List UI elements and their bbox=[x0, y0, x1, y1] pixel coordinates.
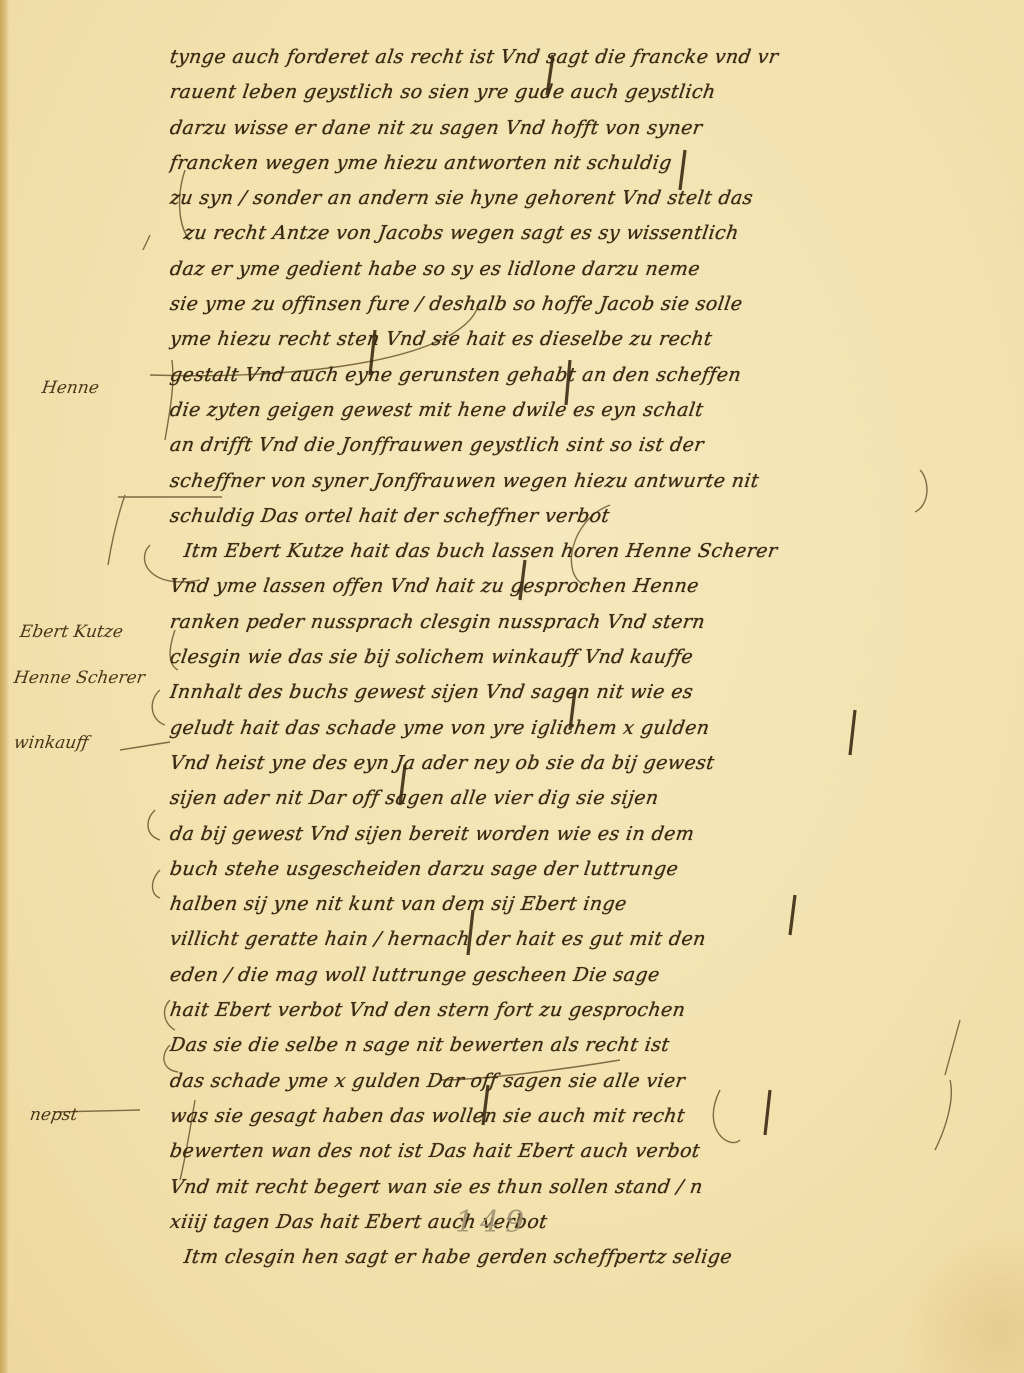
text-line: buch stehe usgescheiden darzu sage der l… bbox=[168, 852, 1003, 887]
text-line: eden / die mag woll luttrunge gescheen D… bbox=[168, 958, 1003, 993]
text-line: geludt hait das schade yme von yre iglic… bbox=[168, 711, 1003, 746]
text-line: sie yme zu offinsen fure / deshalb so ho… bbox=[168, 287, 1003, 322]
folio-number: 149 bbox=[455, 1205, 530, 1240]
text-line: schuldig Das ortel hait der scheffner ve… bbox=[168, 499, 1003, 534]
manuscript-page: tynge auch forderet als recht ist Vnd sa… bbox=[0, 0, 1024, 1373]
text-line: zu syn / sonder an andern sie hyne gehor… bbox=[168, 181, 1003, 216]
text-line: gestalt Vnd auch eyne gerunsten gehabt a… bbox=[168, 358, 1003, 393]
margin-note-ebert-kutze: Ebert Kutze bbox=[19, 622, 125, 642]
text-line: tynge auch forderet als recht ist Vnd sa… bbox=[168, 40, 1003, 75]
margin-note-nepst: nepst bbox=[29, 1105, 79, 1125]
text-line: darzu wisse er dane nit zu sagen Vnd hof… bbox=[168, 111, 1003, 146]
margin-note-henne-scherer: Henne Scherer bbox=[13, 668, 147, 688]
text-line: villicht geratte hain / hernach der hait… bbox=[168, 922, 1003, 957]
text-line: Das sie die selbe n sage nit bewerten al… bbox=[168, 1028, 1003, 1063]
text-line: sijen ader nit Dar off sagen alle vier d… bbox=[168, 781, 1003, 816]
text-line: daz er yme gedient habe so sy es lidlone… bbox=[168, 252, 1003, 287]
text-line: an drifft Vnd die Jonffrauwen geystlich … bbox=[168, 428, 1003, 463]
margin-note-henne: Henne bbox=[41, 378, 101, 398]
text-line: rauent leben geystlich so sien yre gude … bbox=[168, 75, 1003, 110]
text-line: die zyten geigen gewest mit hene dwile e… bbox=[168, 393, 1003, 428]
text-line: Itm clesgin hen sagt er habe gerden sche… bbox=[168, 1240, 1003, 1275]
main-text-block: tynge auch forderet als recht ist Vnd sa… bbox=[170, 40, 1000, 1275]
text-line: Vnd yme lassen offen Vnd hait zu gesproc… bbox=[168, 569, 1003, 604]
text-line: Itm Ebert Kutze hait das buch lassen hor… bbox=[168, 534, 1003, 569]
text-line: francken wegen yme hiezu antworten nit s… bbox=[168, 146, 1003, 181]
text-line: clesgin wie das sie bij solichem winkauf… bbox=[168, 640, 1003, 675]
text-line: was sie gesagt haben das wollen sie auch… bbox=[168, 1099, 1003, 1134]
text-line: bewerten wan des not ist Das hait Ebert … bbox=[168, 1134, 1003, 1169]
text-line: das schade yme x gulden Dar off sagen si… bbox=[168, 1064, 1003, 1099]
text-line: xiiij tagen Das hait Ebert auch verbot bbox=[168, 1205, 1003, 1240]
text-line: scheffner von syner Jonffrauwen wegen hi… bbox=[168, 464, 1003, 499]
text-line: zu recht Antze von Jacobs wegen sagt es … bbox=[168, 216, 1003, 251]
text-line: Vnd mit recht begert wan sie es thun sol… bbox=[168, 1170, 1003, 1205]
text-line: halben sij yne nit kunt van dem sij Eber… bbox=[168, 887, 1003, 922]
text-line: Vnd heist yne des eyn Ja ader ney ob sie… bbox=[168, 746, 1003, 781]
margin-note-winkauff: winkauff bbox=[13, 733, 90, 753]
text-line: ranken peder nussprach clesgin nussprach… bbox=[168, 605, 1003, 640]
binding-edge bbox=[0, 0, 9, 1373]
text-line: Innhalt des buchs gewest sijen Vnd sagen… bbox=[168, 675, 1003, 710]
text-line: da bij gewest Vnd sijen bereit worden wi… bbox=[168, 817, 1003, 852]
text-line: hait Ebert verbot Vnd den stern fort zu … bbox=[168, 993, 1003, 1028]
text-line: yme hiezu recht sten Vnd sie hait es die… bbox=[168, 322, 1003, 357]
